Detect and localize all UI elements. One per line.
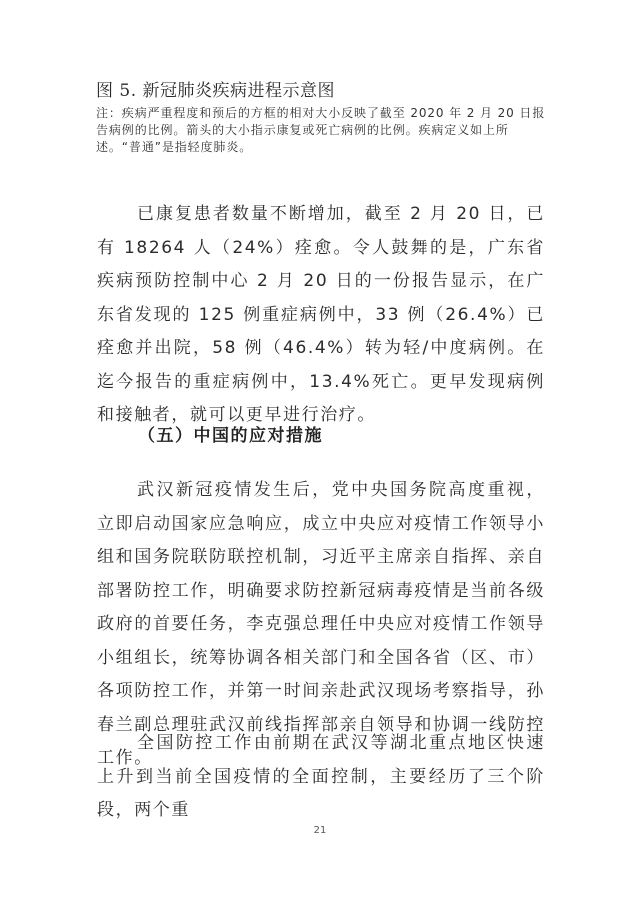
section-heading: （五）中国的应对措施: [138, 424, 323, 448]
page-number: 21: [0, 825, 640, 836]
paragraph-recovery-stats: 已康复患者数量不断增加，截至 2 月 20 日，已有 18264 人（24%）痊…: [97, 198, 545, 433]
figure-caption-title: 图 5. 新冠肺炎疾病进程示意图: [96, 81, 556, 101]
paragraph-control-stages: 全国防控工作由前期在武汉等湖北重点地区快速上升到当前全国疫情的全面控制，主要经历…: [97, 727, 545, 828]
document-page: 图 5. 新冠肺炎疾病进程示意图 注：疾病严重程度和预后的方框的相对大小反映了截…: [0, 0, 640, 905]
figure-caption-note: 注：疾病严重程度和预后的方框的相对大小反映了截至 2020 年 2 月 20 日…: [96, 105, 548, 156]
